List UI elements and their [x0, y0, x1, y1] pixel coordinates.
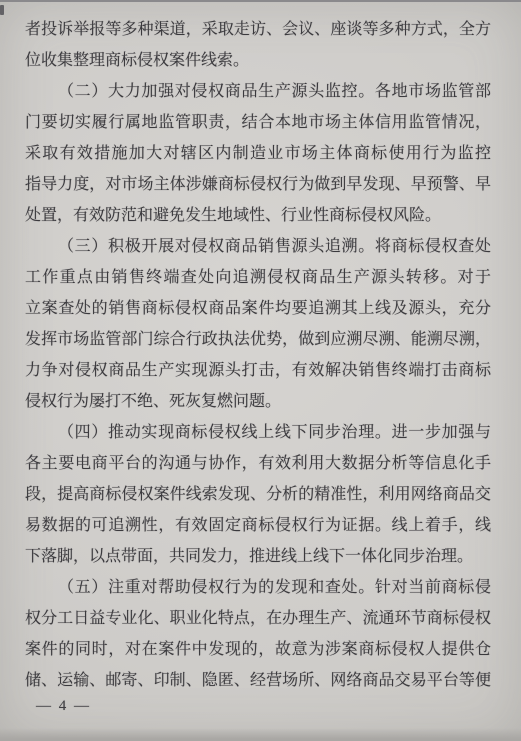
- text-line: 工作重点由销售终端查处向追溯侵权商品生产源头转移。对于: [25, 262, 491, 293]
- page-number: — 4 —: [36, 695, 91, 717]
- text-line: （四）推动实现商标侵权线上线下同步治理。进一步加强与: [25, 417, 491, 448]
- scan-edge-bottom: [0, 728, 521, 741]
- text-line: 案件的同时，对在案件中发现的，故意为涉案商标侵权人提供仓: [25, 634, 491, 665]
- text-line: 储、运输、邮寄、印制、隐匿、经营场所、网络商品交易平台等便利: [25, 665, 491, 696]
- text-line: （三）积极开展对侵权商品销售源头追溯。将商标侵权查处: [25, 231, 491, 262]
- text-line: 下落脚，以点带面，共同发力，推进线上线下一体化同步治理。: [25, 541, 491, 572]
- text-line: 采取有效措施加大对辖区内制造业市场主体商标使用行为监控: [25, 138, 491, 169]
- text-block: 者投诉举报等多种渠道，采取走访、会议、座谈等多种方式，全方位收集整理商标侵权案件…: [25, 14, 491, 696]
- text-line: 各主要电商平台的沟通与协作，有效利用大数据分析等信息化手: [25, 448, 491, 479]
- text-line: （二）大力加强对侵权商品生产源头监控。各地市场监管部: [25, 76, 491, 107]
- text-line: 权分工日益专业化、职业化特点，在办理生产、流通环节商标侵权: [25, 603, 491, 634]
- document-page: 者投诉举报等多种渠道，采取走访、会议、座谈等多种方式，全方位收集整理商标侵权案件…: [0, 0, 521, 741]
- text-line: 门要切实履行属地监管职责，结合本地市场主体信用监管情况，: [25, 107, 491, 138]
- scan-artifact-mark: [0, 5, 4, 15]
- text-line: 侵权行为屡打不绝、死灰复燃问题。: [25, 386, 491, 417]
- text-line: 易数据的可追溯性，有效固定商标侵权行为证据。线上着手，线: [25, 510, 491, 541]
- text-line: 段，提高商标侵权案件线索发现、分析的精准性，利用网络商品交: [25, 479, 491, 510]
- text-line: 处置，有效防范和避免发生地域性、行业性商标侵权风险。: [25, 200, 491, 231]
- text-line: 位收集整理商标侵权案件线索。: [25, 45, 491, 76]
- text-line: 立案查处的销售商标侵权商品案件均要追溯其上线及源头，充分: [25, 293, 491, 324]
- text-line: 指导力度，对市场主体涉嫌商标侵权行为做到早发现、早预警、早: [25, 169, 491, 200]
- text-line: （五）注重对帮助侵权行为的发现和查处。针对当前商标侵: [25, 572, 491, 603]
- text-line: 发挥市场监管部门综合行政执法优势，做到应溯尽溯、能溯尽溯，: [25, 324, 491, 355]
- scan-edge-top: [0, 0, 521, 2]
- text-line: 者投诉举报等多种渠道，采取走访、会议、座谈等多种方式，全方: [25, 14, 491, 45]
- text-line: 力争对侵权商品生产实现源头打击，有效解决销售终端打击商标: [25, 355, 491, 386]
